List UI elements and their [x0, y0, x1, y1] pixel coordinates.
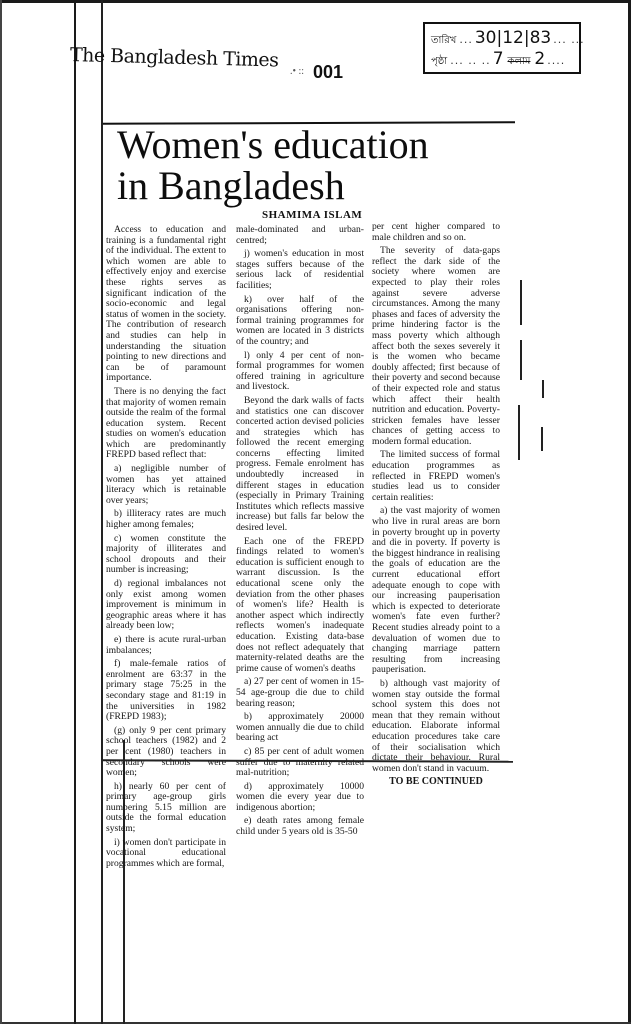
article-paragraph: j) women's education in most stages suff…	[236, 249, 364, 291]
headline-line-2: in Bangladesh	[117, 165, 507, 206]
article-headline: Women's education in Bangladesh	[117, 124, 507, 206]
article-paragraph: The severity of data-gaps reflect the da…	[372, 246, 500, 447]
article-paragraph: male-dominated and urban-centred;	[236, 225, 364, 246]
clipping-edge-line	[101, 0, 103, 1024]
article-paragraph: d) approximately 10000 women die every y…	[236, 782, 364, 814]
article-paragraph: i) women don't participate in vocational…	[106, 838, 226, 870]
headline-line-1: Women's education	[117, 124, 507, 165]
margin-mark	[520, 280, 522, 325]
article-byline: SHAMIMA ISLAM	[262, 209, 362, 221]
article-paragraph: b) approximately 20000 women annually di…	[236, 712, 364, 744]
archive-stamp: তারিখ ... 30|12|83 ... ... পৃষ্ঠা ... ..…	[423, 22, 581, 74]
article-paragraph: e) there is acute rural-urban imbalances…	[106, 635, 226, 656]
article-paragraph: d) regional imbalances not only exist am…	[106, 579, 226, 632]
article-paragraph: e) death rates among female child under …	[236, 816, 364, 837]
article-paragraph: Access to education and training is a fu…	[106, 225, 226, 384]
scan-specks: .• ::	[290, 66, 304, 77]
stamp-dots: ....	[547, 54, 565, 67]
scan-border-top	[0, 0, 631, 3]
article-paragraph: l) only 4 per cent of non-formal program…	[236, 351, 364, 393]
article-paragraph: a) 27 per cent of women in 15-54 age-gro…	[236, 677, 364, 709]
stamp-page-value: 7	[493, 49, 504, 69]
stamp-column-label: কলাম	[508, 54, 531, 71]
stamp-page-row: পৃষ্ঠা ... .. .. 7 কলাম 2 ....	[431, 49, 573, 70]
article-column-2: male-dominated and urban-centred;j) wome…	[236, 225, 364, 841]
article-paragraph: b) illiteracy rates are much higher amon…	[106, 509, 226, 530]
article-paragraph: k) over half of the organisations offeri…	[236, 295, 364, 348]
article-paragraph: The limited success of formal education …	[372, 450, 500, 503]
article-paragraph: a) the vast majority of women who live i…	[372, 506, 500, 676]
to-be-continued-note: TO BE CONTINUED	[372, 777, 500, 788]
stamp-date-value: 30|12|83	[475, 28, 551, 48]
margin-mark	[518, 405, 520, 460]
stamp-date-label: তারিখ	[431, 33, 456, 50]
stamp-date-row: তারিখ ... 30|12|83 ... ...	[431, 28, 573, 49]
stamp-dots: ...	[459, 33, 473, 46]
article-column-1: Access to education and training is a fu…	[106, 225, 226, 872]
article-paragraph: a) negligible number of women has yet at…	[106, 464, 226, 506]
article-paragraph: Beyond the dark walls of facts and stati…	[236, 396, 364, 534]
article-paragraph: There is no denying the fact that majori…	[106, 387, 226, 461]
margin-mark	[542, 380, 544, 398]
stamp-column-value: 2	[534, 49, 545, 69]
article-paragraph: (g) only 9 per cent primary school teach…	[106, 726, 226, 779]
page-code: 001	[313, 62, 343, 83]
article-paragraph: c) women constitute the majority of illi…	[106, 534, 226, 576]
article-column-3: per cent higher compared to male childre…	[372, 222, 500, 791]
article-paragraph: per cent higher compared to male childre…	[372, 222, 500, 243]
article-paragraph: h) nearly 60 per cent of primary age-gro…	[106, 782, 226, 835]
scan-fold-line	[74, 0, 76, 1024]
margin-mark	[520, 340, 522, 380]
article-paragraph: c) 85 per cent of adult women suffer due…	[236, 747, 364, 779]
article-paragraph: Each one of the FREPD findings related t…	[236, 537, 364, 675]
stamp-dots: ... .. ..	[450, 54, 490, 67]
margin-mark	[541, 427, 543, 451]
stamp-dots: ... ...	[553, 33, 584, 46]
stamp-page-label: পৃষ্ঠা	[431, 54, 447, 71]
scan-border-left	[0, 0, 2, 1024]
article-paragraph: f) male-female ratios of enrolment are 6…	[106, 659, 226, 723]
